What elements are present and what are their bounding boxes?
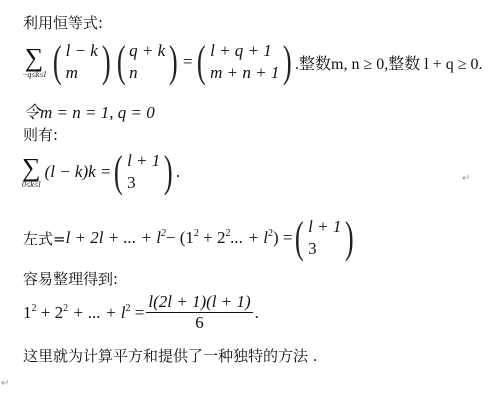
period: . xyxy=(176,162,180,182)
lhs: 12 + 22 + ... + l2 = xyxy=(23,303,144,323)
substitution-text: 令m = n = 1, q = 0 xyxy=(23,98,155,123)
summation: ∑ −q≤k≤l xyxy=(22,46,46,79)
sum-of-squares-formula: 12 + 22 + ... + l2 = l(2l + 1)(l + 1) 6 … xyxy=(23,292,259,333)
sum-subscript: −q≤k≤l xyxy=(22,70,46,79)
denominator: 6 xyxy=(195,313,204,333)
binom-top: q + k xyxy=(129,40,165,62)
binom-top: l + 1 xyxy=(127,150,160,172)
paragraph-return-icon: ↵ xyxy=(1,378,9,389)
binomial: ( l + 13 ) xyxy=(292,216,357,260)
summation: ∑ 0≤k≤l xyxy=(22,156,41,189)
conclusion-text: 这里就为计算平方和提供了一种独特的方法 . xyxy=(23,345,318,366)
sigma-symbol: ∑ xyxy=(22,156,41,180)
derive-text: 容易整理得到: xyxy=(23,268,118,289)
left-side-label: 左式= xyxy=(23,228,66,249)
expr-part: l + 2l + ... + l2 xyxy=(66,228,166,248)
binom-top: l + 1 xyxy=(308,216,341,238)
numerator: l(2l + 1)(l + 1) xyxy=(146,292,252,313)
binomial-1: ( l − km ) xyxy=(50,40,114,84)
binomial-3: ( l + q + 1m + n + 1 ) xyxy=(194,40,295,84)
equals-sign: = xyxy=(183,52,193,72)
then-text: 则有: xyxy=(23,124,58,145)
binom-bottom: 3 xyxy=(308,238,317,260)
binom-top: l + q + 1 xyxy=(210,40,272,62)
sigma-symbol: ∑ xyxy=(25,46,44,70)
binom-bottom: 3 xyxy=(127,172,136,194)
sum-body: (l − k)k = xyxy=(45,162,112,182)
sum-equation: ∑ 0≤k≤l (l − k)k = ( l + 13 ) . xyxy=(22,150,180,194)
fraction: l(2l + 1)(l + 1) 6 xyxy=(146,292,252,333)
binom-bottom: m + n + 1 xyxy=(210,62,279,84)
binomial: ( l + 13 ) xyxy=(111,150,176,194)
binom-bottom: n xyxy=(129,62,138,84)
sum-subscript: 0≤k≤l xyxy=(22,180,41,189)
identity-equation: ∑ −q≤k≤l ( l − km ) ( q + kn ) = ( l + q… xyxy=(22,40,482,84)
period: . xyxy=(255,303,259,323)
left-side-equation: 左式= l + 2l + ... + l2 − (12 + 22... + l2… xyxy=(23,216,357,260)
binom-bottom: m xyxy=(66,62,78,84)
paragraph-return-icon: ↵ xyxy=(462,173,470,184)
intro-text: 利用恒等式: xyxy=(23,12,103,33)
integer-condition: .整数m, n ≥ 0,整数 l + q ≥ 0. xyxy=(295,51,482,74)
binom-top: l − k xyxy=(66,40,98,62)
minus-part: − (12 + 22... + l2) = xyxy=(166,228,293,248)
binomial-2: ( q + kn ) xyxy=(114,40,181,84)
